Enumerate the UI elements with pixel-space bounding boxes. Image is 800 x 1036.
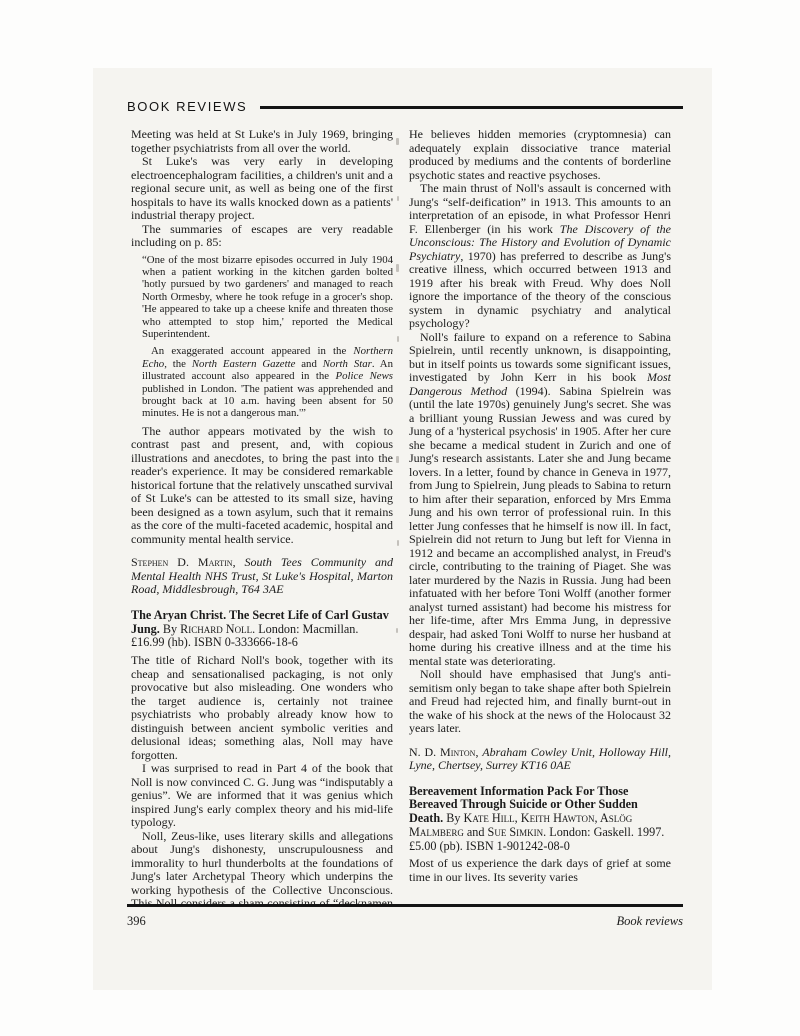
review-heading: The Aryan Christ. The Secret Life of Car… bbox=[131, 609, 393, 650]
left-column: Meeting was held at St Luke's in July 19… bbox=[131, 128, 393, 906]
block-quote: An exaggerated account appeared in the N… bbox=[142, 345, 393, 419]
footer-rule bbox=[127, 904, 683, 907]
paragraph: Meeting was held at St Luke's in July 19… bbox=[131, 128, 393, 155]
scan-artifact bbox=[396, 456, 399, 463]
reviewer-signature: Stephen D. Martin, South Tees Community … bbox=[131, 556, 393, 597]
paragraph: Most of us experience the dark days of g… bbox=[409, 857, 671, 884]
running-title: Book reviews bbox=[616, 914, 683, 929]
section-title: BOOK REVIEWS bbox=[127, 99, 247, 114]
review-heading: Bereavement Information Pack For Those B… bbox=[409, 785, 671, 854]
paragraph: He believes hidden memories (cryptomnesi… bbox=[409, 128, 671, 182]
paragraph: The author appears motivated by the wish… bbox=[131, 425, 393, 547]
paragraph: The summaries of escapes are very readab… bbox=[131, 223, 393, 250]
paragraph: Noll, Zeus-like, uses literary skills an… bbox=[131, 830, 393, 906]
block-quote: “One of the most bizarre episodes occurr… bbox=[142, 254, 393, 341]
scan-artifact bbox=[396, 628, 398, 633]
page-footer: 396 Book reviews bbox=[127, 914, 683, 929]
right-column: He believes hidden memories (cryptomnesi… bbox=[409, 128, 671, 906]
page-number: 396 bbox=[127, 914, 146, 929]
reviewer-signature: N. D. Minton, Abraham Cowley Unit, Hollo… bbox=[409, 746, 671, 773]
scan-artifact bbox=[396, 138, 399, 145]
paragraph: The main thrust of Noll's assault is con… bbox=[409, 182, 671, 331]
paragraph: Noll's failure to expand on a reference … bbox=[409, 331, 671, 669]
scan-artifact bbox=[397, 540, 399, 546]
paragraph: The title of Richard Noll's book, togeth… bbox=[131, 654, 393, 762]
scan-artifact bbox=[397, 336, 399, 342]
paragraph: St Luke's was very early in developing e… bbox=[131, 155, 393, 223]
page-header: BOOK REVIEWS bbox=[127, 99, 683, 114]
journal-page: BOOK REVIEWS Meeting was held at St Luke… bbox=[93, 68, 712, 990]
header-rule bbox=[260, 106, 683, 109]
scan-artifact bbox=[397, 196, 399, 201]
scan-artifact bbox=[396, 264, 399, 272]
paragraph: Noll should have emphasised that Jung's … bbox=[409, 668, 671, 736]
paragraph: I was surprised to read in Part 4 of the… bbox=[131, 762, 393, 830]
text-columns: Meeting was held at St Luke's in July 19… bbox=[131, 128, 671, 906]
